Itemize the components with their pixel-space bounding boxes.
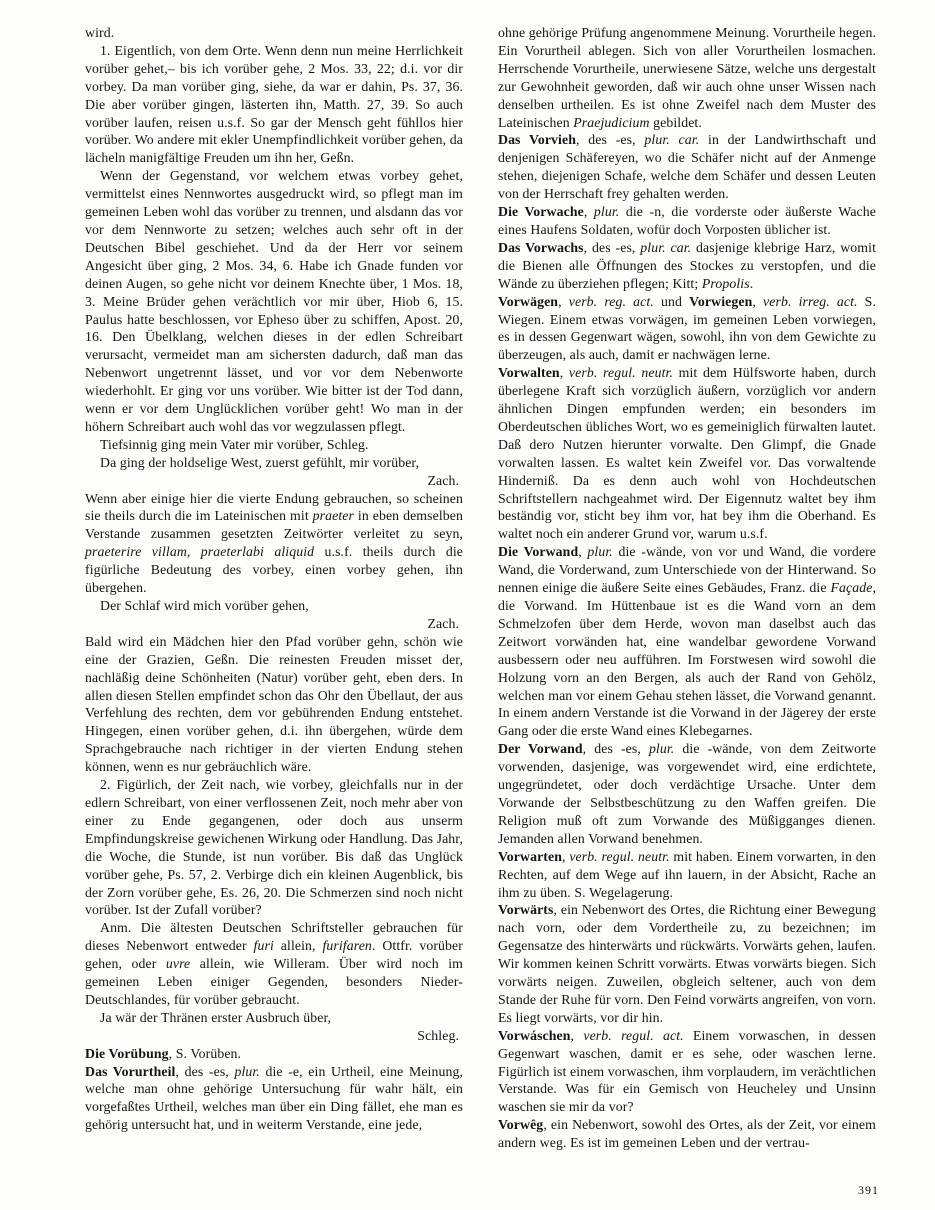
text-segment: , xyxy=(571,1028,584,1043)
text-segment: , xyxy=(560,365,569,380)
dictionary-entry: Der Vorwand, des -es, plur. die -wände, … xyxy=(498,740,876,847)
paragraph: Anm. Die ältesten Deutschen Schriftstell… xyxy=(85,919,463,1009)
dictionary-page: wird.1. Eigentlich, von dem Orte. Wenn d… xyxy=(0,0,935,1210)
text-segment: , S. Vorüben. xyxy=(169,1046,241,1061)
attribution-line: Zach. xyxy=(85,615,463,633)
paragraph: Tiefsinnig ging mein Vater mir vorüber, … xyxy=(85,436,463,454)
headword: Das Vorvieh xyxy=(498,132,576,147)
italic-text: verb. regul. neutr. xyxy=(569,365,673,380)
headword: Vorwalten xyxy=(498,365,560,380)
dictionary-entry: Vorwalten, verb. regul. neutr. mit dem H… xyxy=(498,364,876,543)
italic-text: plur. xyxy=(234,1064,259,1079)
paragraph: 2. Figürlich, der Zeit nach, wie vorbey,… xyxy=(85,776,463,919)
italic-text: plur. car. xyxy=(644,132,699,147)
text-segment: mit dem Hülfsworte haben, durch überlege… xyxy=(498,365,876,541)
text-segment: , des -es, xyxy=(584,240,641,255)
italic-text: Propolis xyxy=(702,276,750,291)
dictionary-entry: Die Vorübung, S. Vorüben. xyxy=(85,1045,463,1063)
dictionary-entry: Vorwägen, verb. reg. act. und Vorwiegen,… xyxy=(498,293,876,365)
paragraph: Ja wär der Thränen erster Ausbruch über, xyxy=(85,1009,463,1027)
italic-text: plur. xyxy=(587,544,612,559)
italic-text: verb. reg. act. xyxy=(569,294,654,309)
text-segment: Bald wird ein Mädchen hier den Pfad vorü… xyxy=(85,634,463,774)
italic-text: Façade xyxy=(830,580,872,595)
italic-text: praeter xyxy=(313,508,354,523)
text-segment: Ja wär der Thränen erster Ausbruch über, xyxy=(100,1010,331,1025)
text-segment: , des -es, xyxy=(175,1064,234,1079)
paragraph: Der Schlaf wird mich vorüber gehen, xyxy=(85,597,463,615)
text-segment: und xyxy=(654,294,689,309)
text-segment: , des -es, xyxy=(583,741,649,756)
headword: Die Vorwand xyxy=(498,544,578,559)
dictionary-entry: Vorwärts, ein Nebenwort des Ortes, die R… xyxy=(498,901,876,1026)
dictionary-entry: Die Vorwache, plur. die -n, die vorderst… xyxy=(498,203,876,239)
text-segment: Tiefsinnig ging mein Vater mir vorüber, … xyxy=(100,437,369,452)
headword: Vorwêg xyxy=(498,1117,543,1132)
headword: Die Vorübung xyxy=(85,1046,169,1061)
italic-text: uvre xyxy=(166,956,190,971)
text-segment: 1. Eigentlich, von dem Orte. Wenn denn n… xyxy=(85,43,463,165)
attribution-line: Zach. xyxy=(85,472,463,490)
dictionary-entry: Das Vorurtheil, des -es, plur. die -e, e… xyxy=(85,1063,463,1135)
italic-text: furifaren xyxy=(322,938,371,953)
text-segment: gebildet. xyxy=(650,115,702,130)
text-segment: Schleg. xyxy=(417,1028,459,1043)
headword: Das Vorurtheil xyxy=(85,1064,175,1079)
text-segment: , xyxy=(558,294,569,309)
italic-text: praeterire villam, praeterlabi aliquid xyxy=(85,544,314,559)
dictionary-entry: Vorwáschen, verb. regul. act. Einem vorw… xyxy=(498,1027,876,1117)
text-segment: , ein Nebenwort, sowohl des Ortes, als d… xyxy=(498,1117,876,1150)
italic-text: verb. irreg. act. xyxy=(763,294,858,309)
attribution-line: Schleg. xyxy=(85,1027,463,1045)
text-segment: Da ging der holdselige West, zuerst gefü… xyxy=(100,455,419,470)
text-segment: . xyxy=(750,276,754,291)
text-segment: , des -es, xyxy=(576,132,644,147)
text-segment: , ein Nebenwort des Ortes, die Richtung … xyxy=(498,902,876,1024)
italic-text: plur. car. xyxy=(640,240,691,255)
page-number: 391 xyxy=(858,1183,879,1198)
paragraph: Bald wird ein Mädchen hier den Pfad vorü… xyxy=(85,633,463,776)
paragraph: ohne gehörige Prüfung angenommene Meinun… xyxy=(498,24,876,131)
text-segment: , xyxy=(584,204,594,219)
left-column: wird.1. Eigentlich, von dem Orte. Wenn d… xyxy=(85,24,463,1152)
text-columns: wird.1. Eigentlich, von dem Orte. Wenn d… xyxy=(85,24,876,1152)
headword: Vorwarten xyxy=(498,849,562,864)
text-segment: die -wände, von dem Zeitworte vorwenden,… xyxy=(498,741,876,846)
text-segment: 2. Figürlich, der Zeit nach, wie vorbey,… xyxy=(85,777,463,917)
text-segment: , xyxy=(752,294,763,309)
headword: Vorwiegen xyxy=(689,294,752,309)
text-segment: , die Vorwand. Im Hüttenbaue ist es die … xyxy=(498,580,876,738)
paragraph: Wenn der Gegenstand, vor welchem etwas v… xyxy=(85,167,463,436)
text-segment: allein, xyxy=(274,938,323,953)
text-segment: Zach. xyxy=(427,473,459,488)
italic-text: verb. regul. neutr. xyxy=(569,849,669,864)
headword: Das Vorwachs xyxy=(498,240,584,255)
italic-text: plur. xyxy=(594,204,619,219)
paragraph: wird. xyxy=(85,24,463,42)
dictionary-entry: Das Vorvieh, des -es, plur. car. in der … xyxy=(498,131,876,203)
paragraph: Da ging der holdselige West, zuerst gefü… xyxy=(85,454,463,472)
headword: Der Vorwand xyxy=(498,741,583,756)
headword: Die Vorwache xyxy=(498,204,584,219)
dictionary-entry: Vorwêg, ein Nebenwort, sowohl des Ortes,… xyxy=(498,1116,876,1152)
italic-text: verb. regul. act. xyxy=(583,1028,683,1043)
paragraph: Wenn aber einige hier die vierte Endung … xyxy=(85,490,463,597)
text-segment: Wenn der Gegenstand, vor welchem etwas v… xyxy=(85,168,463,434)
italic-text: furi xyxy=(254,938,274,953)
dictionary-entry: Das Vorwachs, des -es, plur. car. dasjen… xyxy=(498,239,876,293)
dictionary-entry: Die Vorwand, plur. die -wände, von vor u… xyxy=(498,543,876,740)
paragraph: 1. Eigentlich, von dem Orte. Wenn denn n… xyxy=(85,42,463,167)
text-segment: Zach. xyxy=(427,616,459,631)
headword: Vorwägen xyxy=(498,294,558,309)
headword: Vorwärts xyxy=(498,902,553,917)
italic-text: Praejudicium xyxy=(573,115,649,130)
italic-text: plur. xyxy=(649,741,674,756)
right-column: ohne gehörige Prüfung angenommene Meinun… xyxy=(498,24,876,1152)
headword: Vorwáschen xyxy=(498,1028,571,1043)
dictionary-entry: Vorwarten, verb. regul. neutr. mit haben… xyxy=(498,848,876,902)
text-segment: Der Schlaf wird mich vorüber gehen, xyxy=(100,598,309,613)
text-segment: wird. xyxy=(85,25,114,40)
